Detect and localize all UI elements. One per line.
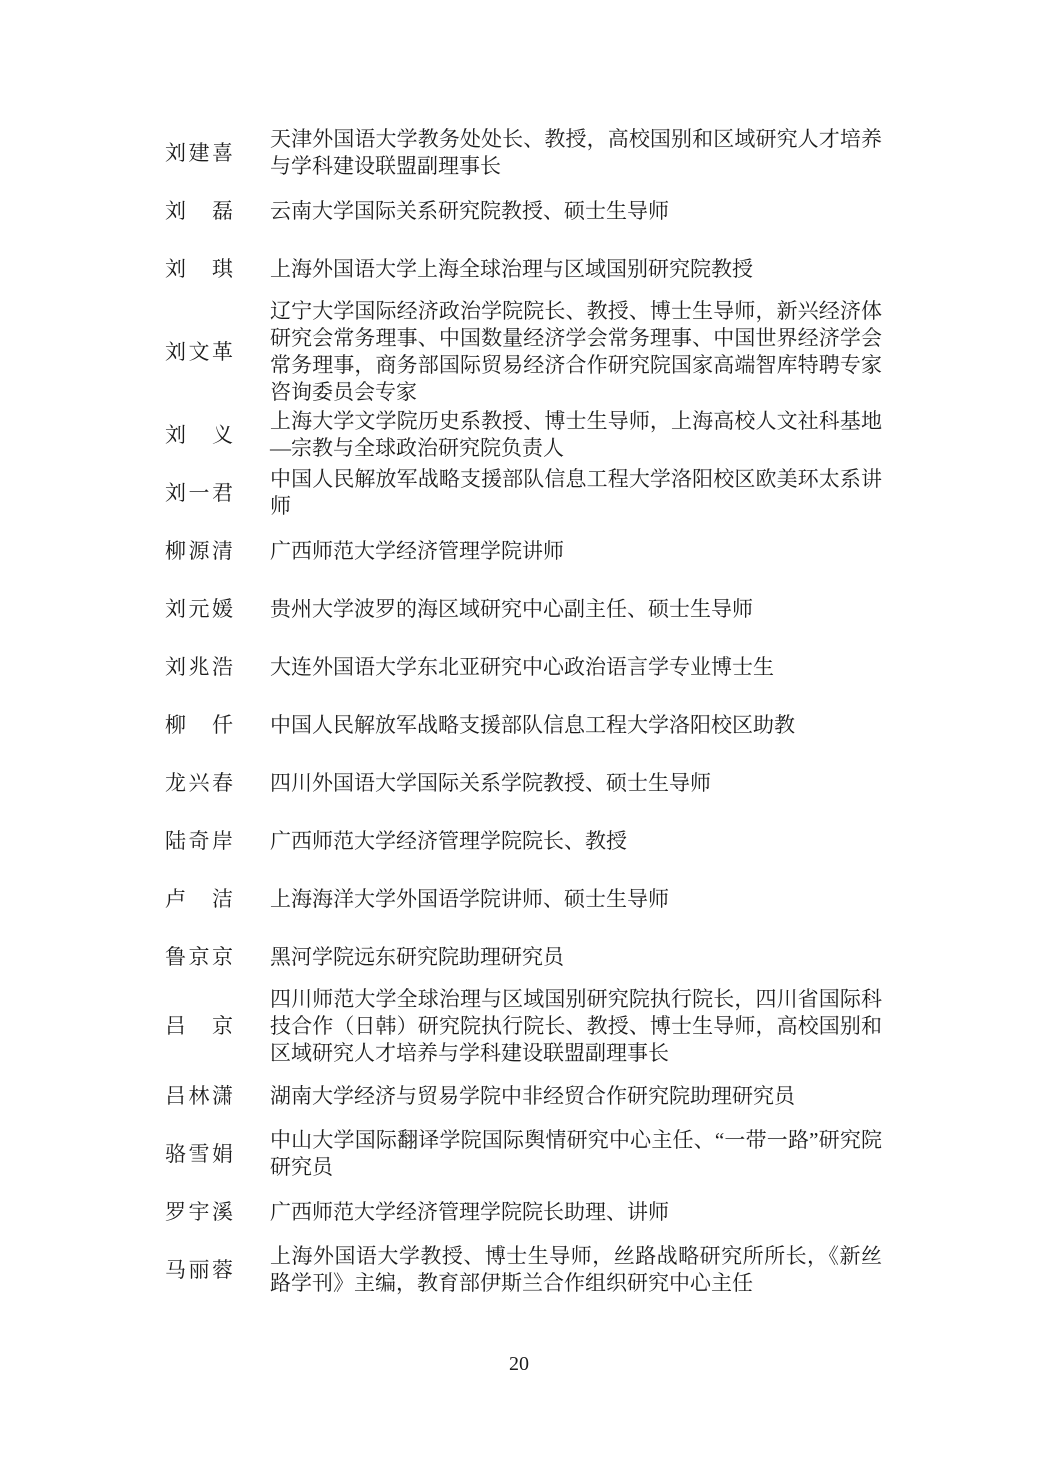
person-name: 刘一君: [165, 480, 233, 507]
table-row: 罗宇溪 广西师范大学经济管理学院院长助理、讲师: [165, 1183, 880, 1241]
person-description: 上海海洋大学外国语学院讲师、硕士生导师: [270, 886, 882, 913]
person-description: 辽宁大学国际经济政治学院院长、教授、博士生导师，新兴经济体研究会常务理事、中国数…: [270, 298, 882, 406]
person-description: 贵州大学波罗的海区域研究中心副主任、硕士生导师: [270, 596, 882, 623]
person-name: 马丽蓉: [165, 1257, 233, 1284]
person-description: 上海大学文学院历史系教授、博士生导师，上海高校人文社科基地—宗教与全球政治研究院…: [270, 408, 882, 462]
person-description: 大连外国语大学东北亚研究中心政治语言学专业博士生: [270, 654, 882, 681]
person-name: 刘义: [165, 422, 233, 449]
table-row: 刘义 上海大学文学院历史系教授、博士生导师，上海高校人文社科基地—宗教与全球政治…: [165, 406, 880, 464]
person-description: 天津外国语大学教务处处长、教授，高校国别和区域研究人才培养与学科建设联盟副理事长: [270, 126, 882, 180]
person-description: 广西师范大学经济管理学院院长助理、讲师: [270, 1199, 882, 1226]
person-description: 上海外国语大学上海全球治理与区域国别研究院教授: [270, 256, 882, 283]
document-page: 刘建喜 天津外国语大学教务处处长、教授，高校国别和区域研究人才培养与学科建设联盟…: [0, 0, 1038, 1476]
table-row: 吕林潇 湖南大学经济与贸易学院中非经贸合作研究院助理研究员: [165, 1067, 880, 1125]
person-description: 中山大学国际翻译学院国际舆情研究中心主任、“一带一路”研究院研究员: [270, 1127, 882, 1181]
person-description: 广西师范大学经济管理学院讲师: [270, 538, 882, 565]
table-row: 刘一君 中国人民解放军战略支援部队信息工程大学洛阳校区欧美环太系讲师: [165, 464, 880, 522]
person-description: 湖南大学经济与贸易学院中非经贸合作研究院助理研究员: [270, 1083, 882, 1110]
table-row: 马丽蓉 上海外国语大学教授、博士生导师，丝路战略研究所所长，《新丝路学刊》主编，…: [165, 1241, 880, 1299]
person-name: 柳仟: [165, 712, 233, 739]
person-name: 刘文革: [165, 339, 233, 366]
table-row: 龙兴春 四川外国语大学国际关系学院教授、硕士生导师: [165, 754, 880, 812]
person-name: 吕林潇: [165, 1083, 233, 1110]
person-name: 刘建喜: [165, 140, 233, 167]
person-description: 四川师范大学全球治理与区域国别研究院执行院长，四川省国际科技合作（日韩）研究院执…: [270, 986, 882, 1067]
table-row: 刘文革 辽宁大学国际经济政治学院院长、教授、博士生导师，新兴经济体研究会常务理事…: [165, 298, 880, 406]
table-row: 刘磊 云南大学国际关系研究院教授、硕士生导师: [165, 182, 880, 240]
table-row: 柳源清 广西师范大学经济管理学院讲师: [165, 522, 880, 580]
table-row: 鲁京京 黑河学院远东研究院助理研究员: [165, 928, 880, 986]
person-name: 鲁京京: [165, 944, 233, 971]
person-description: 黑河学院远东研究院助理研究员: [270, 944, 882, 971]
person-description: 云南大学国际关系研究院教授、硕士生导师: [270, 198, 882, 225]
person-name: 龙兴春: [165, 770, 233, 797]
table-row: 刘元媛 贵州大学波罗的海区域研究中心副主任、硕士生导师: [165, 580, 880, 638]
person-name: 卢洁: [165, 886, 233, 913]
roster-table: 刘建喜 天津外国语大学教务处处长、教授，高校国别和区域研究人才培养与学科建设联盟…: [165, 124, 880, 1299]
person-description: 中国人民解放军战略支援部队信息工程大学洛阳校区助教: [270, 712, 882, 739]
person-name: 罗宇溪: [165, 1199, 233, 1226]
table-row: 吕京 四川师范大学全球治理与区域国别研究院执行院长，四川省国际科技合作（日韩）研…: [165, 986, 880, 1067]
person-name: 吕京: [165, 1013, 233, 1040]
person-name: 刘磊: [165, 198, 233, 225]
table-row: 骆雪娟 中山大学国际翻译学院国际舆情研究中心主任、“一带一路”研究院研究员: [165, 1125, 880, 1183]
person-description: 广西师范大学经济管理学院院长、教授: [270, 828, 882, 855]
person-name: 刘琪: [165, 256, 233, 283]
person-description: 中国人民解放军战略支援部队信息工程大学洛阳校区欧美环太系讲师: [270, 466, 882, 520]
table-row: 卢洁 上海海洋大学外国语学院讲师、硕士生导师: [165, 870, 880, 928]
person-description: 四川外国语大学国际关系学院教授、硕士生导师: [270, 770, 882, 797]
table-row: 刘兆浩 大连外国语大学东北亚研究中心政治语言学专业博士生: [165, 638, 880, 696]
person-description: 上海外国语大学教授、博士生导师，丝路战略研究所所长，《新丝路学刊》主编，教育部伊…: [270, 1243, 882, 1297]
person-name: 陆奇岸: [165, 828, 233, 855]
table-row: 刘琪 上海外国语大学上海全球治理与区域国别研究院教授: [165, 240, 880, 298]
table-row: 刘建喜 天津外国语大学教务处处长、教授，高校国别和区域研究人才培养与学科建设联盟…: [165, 124, 880, 182]
person-name: 柳源清: [165, 538, 233, 565]
page-number: 20: [0, 1351, 1038, 1378]
person-name: 刘元媛: [165, 596, 233, 623]
table-row: 柳仟 中国人民解放军战略支援部队信息工程大学洛阳校区助教: [165, 696, 880, 754]
person-name: 刘兆浩: [165, 654, 233, 681]
person-name: 骆雪娟: [165, 1141, 233, 1168]
table-row: 陆奇岸 广西师范大学经济管理学院院长、教授: [165, 812, 880, 870]
